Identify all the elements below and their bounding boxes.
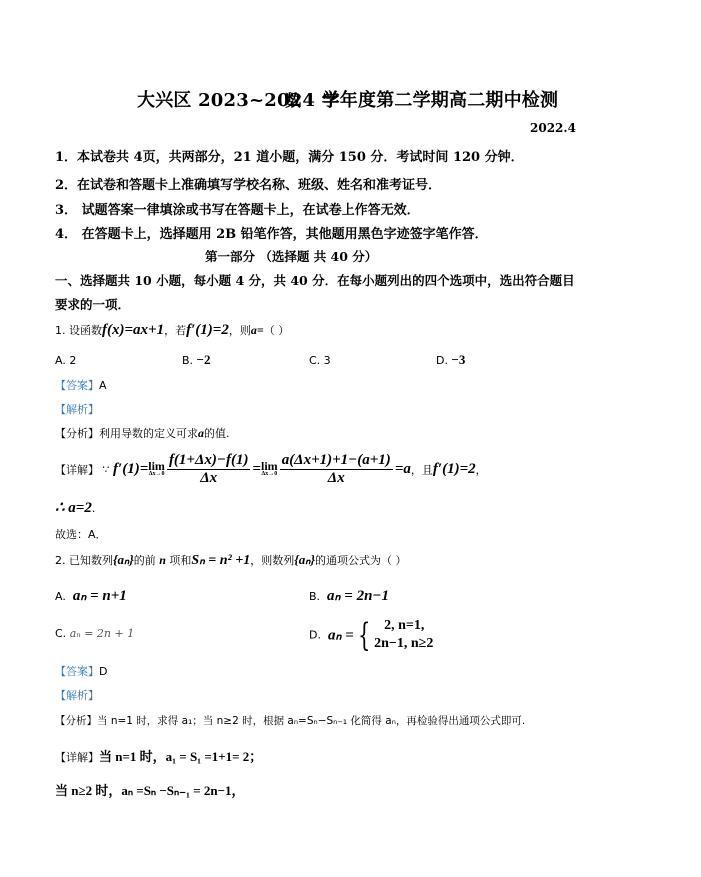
q2-option-d: D. aₙ ={2, n=1,2n−1, n≥2 <box>309 617 433 653</box>
q1-answer: 【答案】A <box>55 377 107 393</box>
q1-detail: 【详解】 ∵ f′(1)=limΔx→0f(1+Δx)−f(1)Δx=limΔx… <box>55 452 487 487</box>
question-1-stem: 1. 设函数f(x)=ax+1，若f′(1)=2，则a=（ ） <box>55 322 289 339</box>
option-label: A. <box>55 590 66 603</box>
q1-conclusion: ∴ a=2. <box>55 498 95 517</box>
math-expr: f′(1)=2 <box>433 461 476 477</box>
answer-tag: 【答案】 <box>55 665 99 678</box>
part1-instruction-1: 一、选择题共 10 小题，每小题 4 分，共 40 分．在每小题列出的四个选项中… <box>55 271 575 289</box>
stem-text: （ ） <box>264 324 290 337</box>
lim-sub: Δx→0 <box>261 471 278 478</box>
option-expr: aₙ = n+1 <box>73 588 127 604</box>
stem-text: 设函数 <box>69 324 102 337</box>
stem-text: 已知数列 <box>69 554 113 567</box>
answer-value: A <box>99 379 107 392</box>
q1-choice: 故选：A． <box>55 526 107 542</box>
q1-analysis: 【分析】利用导数的定义可求a的值. <box>55 425 230 441</box>
option-label: B. <box>182 354 197 367</box>
note-3: 3． 试题答案一律填涂或书写在答题卡上，在试卷上作答无效． <box>55 199 420 218</box>
subject-char-1: 数 <box>285 88 301 111</box>
fraction-2: a(Δx+1)+1−(a+1)Δx <box>280 452 393 487</box>
q1-option-a: A. 2 <box>55 354 76 367</box>
option-expr: aₙ = 2n + 1 <box>70 627 135 640</box>
detail-text: ， <box>476 464 487 477</box>
math-expr: f′(1)=2 <box>186 322 229 338</box>
stem-text: ，若 <box>164 324 186 337</box>
option-label: A. 2 <box>55 354 76 367</box>
option-expr: −3 <box>451 352 465 367</box>
stem-text: 的通项公式为（ ） <box>315 554 407 567</box>
q1-option-b: B. −2 <box>182 352 210 368</box>
detail-text: 当 n=1 时，a₁ = S₁ =1+1= 2； <box>99 749 262 764</box>
math-var: n <box>159 553 166 567</box>
piecewise-cases: {2, n=1,2n−1, n≥2 <box>354 617 434 653</box>
q2-option-c: C. aₙ = 2n + 1 <box>55 627 134 640</box>
fraction-1: f(1+Δx)−f(1)Δx <box>167 452 251 487</box>
limit: limΔx→0 <box>148 461 165 478</box>
q2-option-a: A. aₙ = n+1 <box>55 586 127 605</box>
part1-instruction-2: 要求的一项． <box>55 295 130 313</box>
math-expr: f(x)=ax+1 <box>102 322 164 338</box>
option-expr: aₙ = <box>328 628 354 644</box>
brace-icon: { <box>358 620 370 650</box>
math-expr: a= <box>251 323 264 337</box>
stem-text: ，则 <box>229 324 251 337</box>
case-row: 2, n=1, <box>374 617 433 635</box>
analysis-text: 的值. <box>204 427 230 440</box>
analysis-label: 【分析】 <box>55 715 97 727</box>
denominator: Δx <box>167 470 251 487</box>
stem-text: 项和 <box>169 554 191 567</box>
lim-sub: Δx→0 <box>148 471 165 478</box>
detail-label: 【详解】 <box>55 464 99 477</box>
q2-detail-2: 当 n≥2 时，aₙ =Sₙ −Sₙ₋₁ = 2n−1， <box>55 780 244 799</box>
part1-heading: 第一部分 （选择题 共 40 分） <box>205 247 377 265</box>
analysis-text: 利用导数的定义可求 <box>99 427 198 440</box>
math-expr: f′(1)= <box>113 461 148 477</box>
q2-option-b: B. aₙ = 2n−1 <box>309 586 389 605</box>
question-2-stem: 2. 已知数列{aₙ}的前 n 项和Sₙ = n² +1，则数列{aₙ}的通项公… <box>55 552 406 569</box>
math-expr: {aₙ} <box>294 552 315 567</box>
q1-analysis-tag: 【解析】 <box>55 401 99 417</box>
numerator: f(1+Δx)−f(1) <box>167 452 251 470</box>
option-label: D. <box>309 629 321 642</box>
subject-char-2: 学 <box>323 88 339 111</box>
stem-text: ，则数列 <box>250 554 294 567</box>
analysis-label: 【分析】 <box>55 427 99 440</box>
limit: limΔx→0 <box>261 461 278 478</box>
q1-option-d: D. −3 <box>436 352 465 368</box>
detail-text: 当 n≥2 时，aₙ =Sₙ −Sₙ₋₁ = 2n−1， <box>55 783 244 798</box>
question-number: 2. <box>55 554 66 567</box>
q2-analysis: 【分析】当 n=1 时，求得 a₁；当 n≥2 时，根据 aₙ=Sₙ−Sₙ₋₁ … <box>55 713 525 728</box>
q2-analysis-tag: 【解析】 <box>55 687 99 703</box>
option-label: C. <box>55 627 66 640</box>
numerator: a(Δx+1)+1−(a+1) <box>280 452 393 470</box>
detail-label: 【详解】 <box>55 751 99 764</box>
q2-detail-1: 【详解】当 n=1 时，a₁ = S₁ =1+1= 2； <box>55 746 262 765</box>
detail-text: ，且 <box>411 464 433 477</box>
detail-text: . <box>92 502 96 515</box>
math-expr: ∴ a=2 <box>55 500 92 516</box>
because-symbol: ∵ <box>103 463 110 476</box>
math-expr: Sₙ = n² +1 <box>191 553 250 568</box>
option-expr: −2 <box>197 352 211 367</box>
option-label: C. 3 <box>309 354 331 367</box>
equals: = <box>252 461 261 477</box>
case-row: 2n−1, n≥2 <box>374 635 433 653</box>
q1-option-c: C. 3 <box>309 354 331 367</box>
note-4: 4． 在答题卡上，选择题用 2B 铅笔作答，其他题用黑色字迹签字笔作答． <box>55 223 488 242</box>
analysis-text: 当 n=1 时，求得 a₁；当 n≥2 时，根据 aₙ=Sₙ−Sₙ₋₁ 化简得 … <box>97 715 525 727</box>
option-expr: aₙ = 2n−1 <box>327 588 389 604</box>
option-label: D. <box>436 354 451 367</box>
question-number: 1. <box>55 324 66 337</box>
subject-title: 数学 <box>285 88 361 111</box>
answer-value: D <box>99 665 107 678</box>
denominator: Δx <box>280 470 393 487</box>
note-1: 1．本试卷共 4页，共两部分，21 道小题，满分 150 分．考试时间 120 … <box>55 146 524 165</box>
stem-text: 的前 <box>134 554 156 567</box>
answer-tag: 【答案】 <box>55 379 99 392</box>
math-expr: =a <box>395 461 411 477</box>
option-label: B. <box>309 590 320 603</box>
exam-date: 2022.4 <box>530 121 576 135</box>
math-expr: {aₙ} <box>113 552 134 567</box>
q2-answer: 【答案】D <box>55 663 107 679</box>
note-2: 2．在试卷和答题卡上准确填写学校名称、班级、姓名和准考证号． <box>55 174 441 193</box>
